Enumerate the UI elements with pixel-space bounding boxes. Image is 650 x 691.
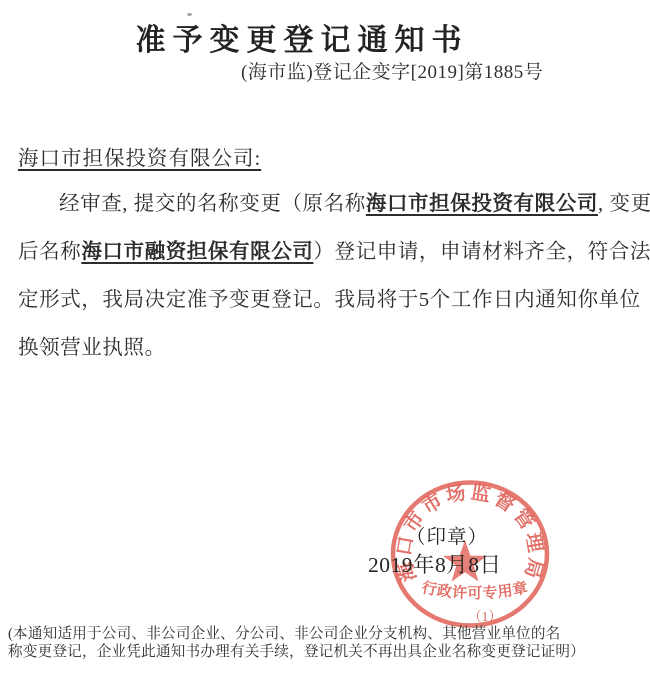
body-text-segment: , 变更	[598, 193, 650, 215]
seal-type-text: 行政许可专用章	[420, 578, 529, 602]
footer-note-line-1: (本通知适用于公司、非公司企业、分公司、非公司企业分支机构、其他营业单位的名	[8, 626, 644, 644]
seal-type-arc: 行政许可专用章	[420, 578, 529, 602]
company-name-emphasis: 海口市担保投资有限公司	[366, 193, 598, 215]
document-title: 准予变更登记通知书	[0, 15, 650, 59]
footer-note-line-2: 称变更登记，企业凭此通知书办理有关手续，登记机关不再出具企业名称变更登记证明）	[8, 644, 644, 662]
body-paragraph: 经审查, 提交的名称变更（原名称海口市担保投资有限公司, 变更后名称海口市融资担…	[18, 180, 640, 372]
body-text-segment: ）登记申请，申请材料齐全，符合法	[313, 241, 650, 263]
body-line: 换领营业执照。	[18, 324, 640, 372]
company-name-emphasis: 海口市融资担保有限公司	[81, 241, 313, 263]
document-number: (海市监)登记企变字[2019]第1885号	[241, 57, 543, 84]
body-line: 经审查, 提交的名称变更（原名称海口市担保投资有限公司, 变更	[18, 180, 640, 228]
seal-placeholder-note: （印章）	[406, 521, 488, 549]
body-line: 后名称海口市融资担保有限公司）登记申请，申请材料齐全，符合法	[18, 228, 640, 276]
footer-note: (本通知适用于公司、非公司企业、分公司、非公司企业分支机构、其他营业单位的名 称…	[8, 626, 644, 661]
body-line: 定形式，我局决定准予变更登记。我局将于5个工作日内通知你单位	[18, 276, 640, 324]
addressee-colon: :	[255, 148, 262, 170]
seal-number-text: （1）	[468, 609, 502, 624]
body-text-segment: 经审查, 提交的名称变更（原名称	[59, 193, 366, 215]
addressee-line: 海口市担保投资有限公司:	[18, 141, 261, 171]
scanned-notice-page: 准予变更登记通知书 (海市监)登记企变字[2019]第1885号 海口市担保投资…	[0, 0, 650, 691]
body-text-segment: 换领营业执照。	[18, 337, 166, 359]
body-text-segment: 后名称	[18, 241, 81, 263]
body-text-segment: 定形式，我局决定准予变更登记。我局将于5个工作日内通知你单位	[18, 289, 641, 311]
addressee-company-name: 海口市担保投资有限公司	[18, 148, 255, 170]
issue-date: 2019年8月8日	[368, 548, 502, 579]
